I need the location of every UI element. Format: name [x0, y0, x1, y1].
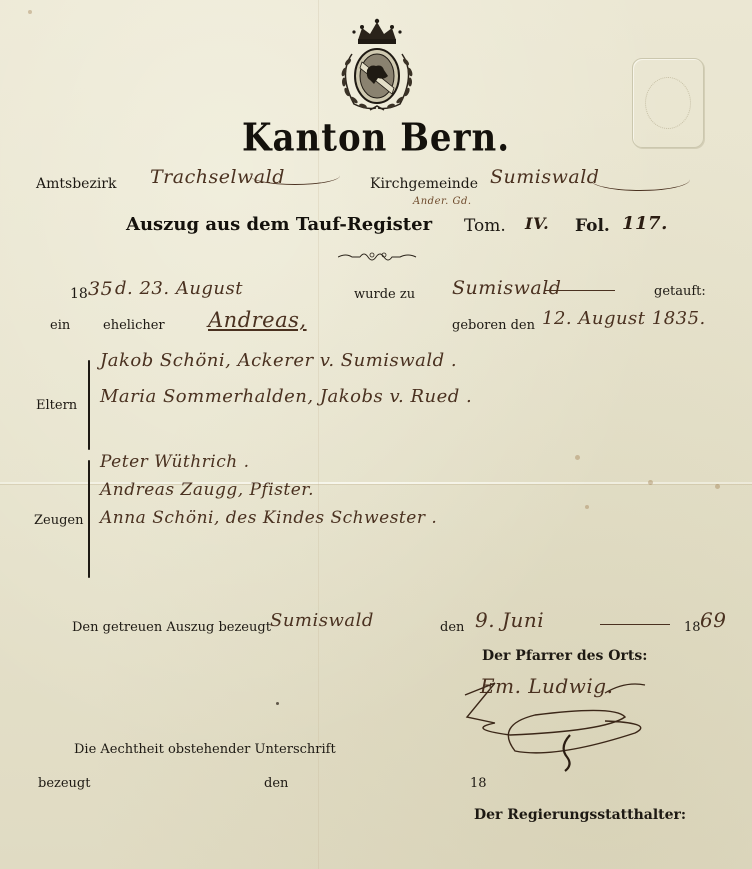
witnesses-bracket	[88, 460, 90, 578]
parents-bracket	[88, 360, 90, 450]
foxing-spot	[715, 484, 720, 489]
certification-text: Den getreuen Auszug bezeugt	[72, 620, 271, 635]
pastor-label: Der Pfarrer des Orts:	[482, 648, 647, 664]
certification-date-value: 9. Juni	[475, 608, 544, 632]
authenticity-text: Die Aechtheit obstehender Unterschrift	[74, 742, 336, 757]
handwriting-flourish	[590, 168, 690, 191]
register-heading: Auszug aus dem Tauf-Register	[126, 214, 432, 235]
kirchgemeinde-note: Ander. Gd.	[413, 196, 472, 207]
amtsbezirk-label: Amtsbezirk	[36, 176, 116, 192]
baptism-year-prefix: 18	[70, 286, 88, 302]
certification-year-suffix: 69	[700, 608, 726, 632]
bern-coat-of-arms-icon	[318, 18, 436, 116]
handwriting-flourish	[600, 624, 670, 625]
foxing-spot	[648, 480, 653, 485]
kirchgemeinde-label: Kirchgemeinde	[370, 176, 478, 192]
fol-label: Fol.	[575, 216, 610, 236]
foxing-spot	[28, 10, 32, 14]
authenticity-bezeugt-label: bezeugt	[38, 776, 90, 791]
foxing-spot	[575, 455, 580, 460]
foxing-spot	[585, 505, 589, 509]
tom-label: Tom.	[464, 216, 506, 236]
certification-den-label: den	[440, 620, 464, 635]
kirchgemeinde-value: Sumiswald	[490, 166, 599, 188]
certification-year-prefix: 18	[684, 620, 701, 635]
getauft-label: getauft:	[654, 284, 706, 299]
witness-line: Andreas Zaugg, Pfister.	[100, 480, 314, 500]
parents-label: Eltern	[36, 398, 77, 413]
ornament-divider-icon	[338, 249, 418, 261]
baptism-certificate-page: Kanton Bern. Amtsbezirk Trachselwald Kir…	[0, 0, 752, 869]
geboren-label: geboren den	[452, 318, 535, 333]
parent-line-mother: Maria Sommerhalden, Jakobs v. Rued .	[100, 386, 472, 407]
tom-value: IV.	[525, 214, 549, 233]
ein-label: ein	[50, 318, 70, 333]
ehelich-label: ehelicher	[103, 318, 165, 333]
handwriting-flourish	[545, 290, 615, 291]
birth-date-value: 12. August 1835.	[542, 308, 706, 329]
witnesses-label: Zeugen	[34, 513, 84, 528]
parent-line-father: Jakob Schöni, Ackerer v. Sumiswald .	[100, 350, 457, 371]
child-name-value: Andreas,	[208, 308, 307, 332]
ink-dot	[276, 702, 279, 705]
baptism-place-value: Sumiswald	[452, 277, 561, 299]
baptism-year-suffix: 35	[88, 278, 113, 300]
wurde-zu-label: wurde zu	[354, 287, 415, 302]
baptism-date-value: d. 23. August	[115, 278, 243, 299]
authenticity-den-label: den	[264, 776, 288, 791]
signature-flourish-icon	[455, 675, 685, 775]
certification-place-value: Sumiswald	[270, 610, 374, 631]
fol-value: 117.	[622, 213, 668, 234]
witness-line: Peter Wüthrich .	[100, 452, 250, 472]
witness-line: Anna Schöni, des Kindes Schwester .	[100, 508, 437, 528]
handwriting-flourish	[250, 166, 340, 185]
authenticity-year-prefix: 18	[470, 776, 487, 791]
page-title: Kanton Bern.	[0, 116, 752, 161]
governor-label: Der Regierungsstatthalter:	[474, 807, 686, 823]
